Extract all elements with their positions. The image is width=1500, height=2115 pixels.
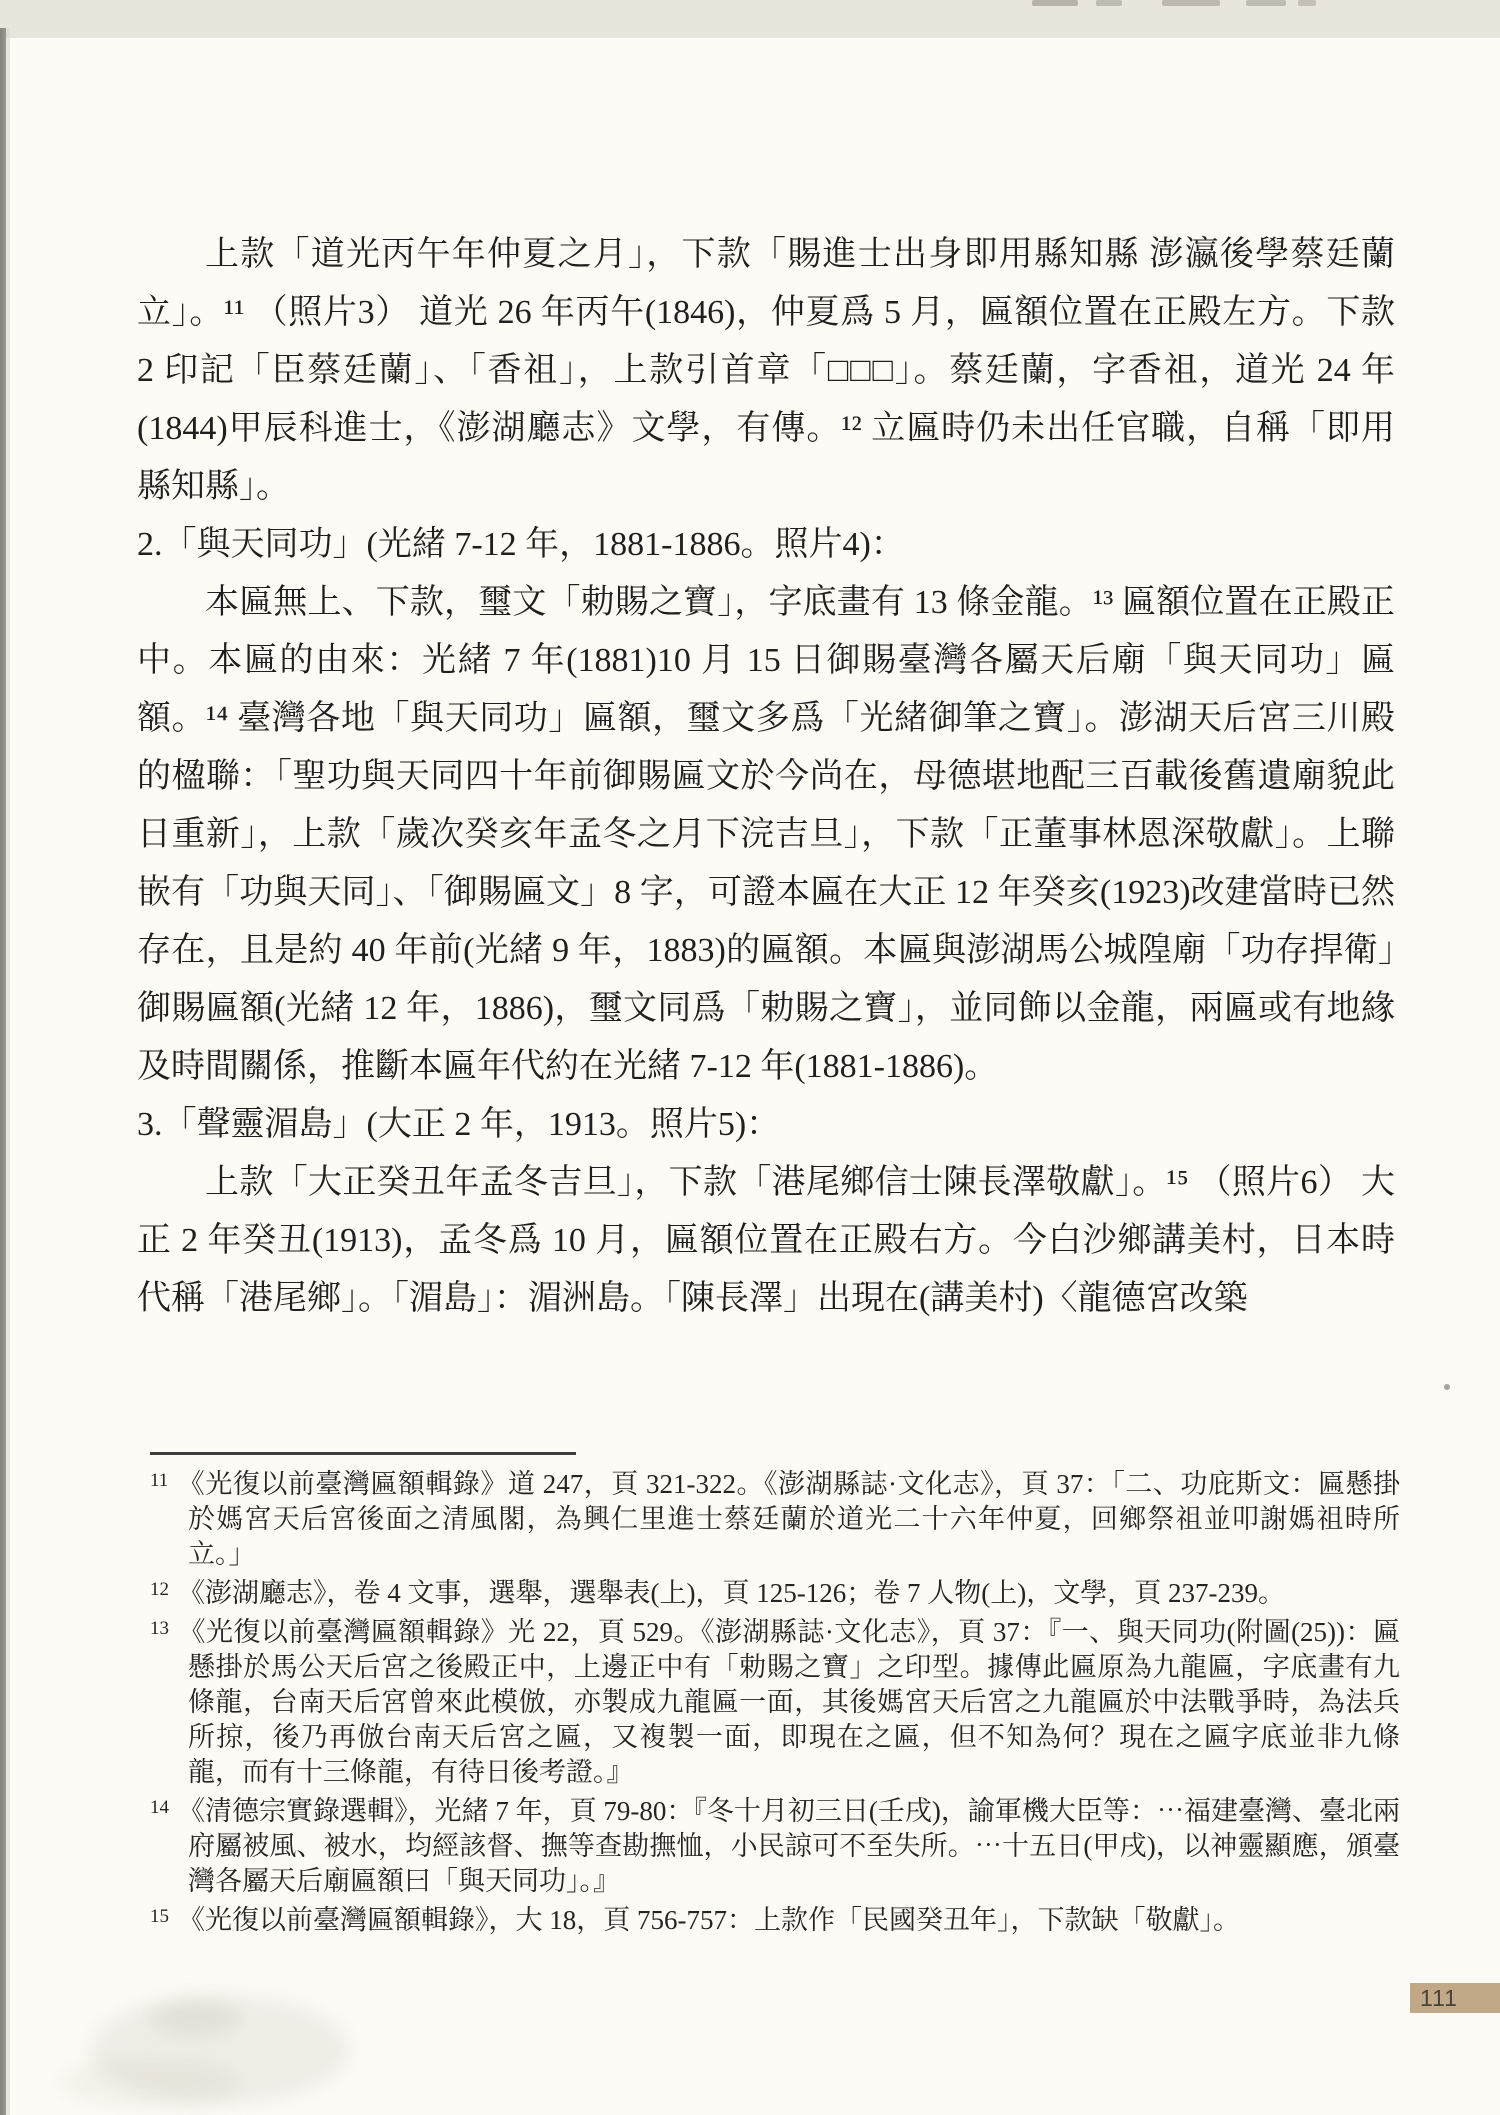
page-number-badge: 111: [1410, 1983, 1500, 2013]
scan-smudge: [150, 2000, 240, 2036]
footnote-marker: 13: [150, 1618, 169, 1639]
footnote-12: 12《澎湖廳志》，卷 4 文事，選舉，選舉表(上)，頁 125-126；卷 7 …: [150, 1572, 1400, 1611]
scan-speck: [1444, 1384, 1450, 1390]
footnote-13: 13《光復以前臺灣匾額輯錄》光 22，頁 529。《澎湖縣誌·文化志》，頁 37…: [150, 1611, 1400, 1790]
footnote-marker: 15: [150, 1906, 169, 1927]
footnote-14: 14《清德宗實錄選輯》，光緒 7 年，頁 79-80：『冬十月初三日(壬戌)，諭…: [150, 1790, 1400, 1899]
paragraph-1: 上款「道光丙午年仲夏之月」，下款「賜進士出身即用縣知縣 澎瀛後學蔡廷蘭立」。¹¹…: [137, 226, 1395, 516]
page-number: 111: [1420, 1985, 1458, 2011]
scan-artifact: [1246, 0, 1286, 6]
paragraph-3: 上款「大正癸丑年孟冬吉旦」，下款「港尾鄉信士陳長澤敬獻」。¹⁵ （照片6） 大正…: [137, 1154, 1395, 1328]
footnote-text: 《光復以前臺灣匾額輯錄》光 22，頁 529。《澎湖縣誌·文化志》，頁 37：『…: [178, 1617, 1400, 1787]
section-heading-2: 2.「與天同功」(光緒 7-12 年，1881-1886。照片4)：: [137, 516, 1395, 574]
footnotes-block: 11《光復以前臺灣匾額輯錄》道 247，頁 321-322。《澎湖縣誌·文化志》…: [150, 1463, 1400, 1938]
footnote-11: 11《光復以前臺灣匾額輯錄》道 247，頁 321-322。《澎湖縣誌·文化志》…: [150, 1463, 1400, 1572]
body-text: 上款「道光丙午年仲夏之月」，下款「賜進士出身即用縣知縣 澎瀛後學蔡廷蘭立」。¹¹…: [137, 226, 1395, 1328]
scan-left-edge-shadow: [6, 28, 10, 2115]
footnote-text: 《光復以前臺灣匾額輯錄》道 247，頁 321-322。《澎湖縣誌·文化志》，頁…: [177, 1469, 1400, 1569]
scan-artifact: [1032, 0, 1078, 6]
scan-artifact: [1298, 0, 1316, 6]
scanned-page: 上款「道光丙午年仲夏之月」，下款「賜進士出身即用縣知縣 澎瀛後學蔡廷蘭立」。¹¹…: [0, 0, 1500, 2115]
footnote-text: 《清德宗實錄選輯》，光緒 7 年，頁 79-80：『冬十月初三日(壬戌)，諭軍機…: [178, 1796, 1400, 1896]
scan-artifact: [1096, 0, 1122, 6]
scan-smudge: [60, 2058, 240, 2108]
footnote-marker: 12: [150, 1579, 169, 1600]
section-heading-3: 3.「聲靈湄島」(大正 2 年，1913。照片5)：: [137, 1096, 1395, 1154]
footnote-text: 《澎湖廳志》，卷 4 文事，選舉，選舉表(上)，頁 125-126；卷 7 人物…: [178, 1578, 1285, 1608]
footnote-15: 15《光復以前臺灣匾額輯錄》，大 18，頁 756-757：上款作「民國癸丑年」…: [150, 1899, 1400, 1938]
footnote-text: 《光復以前臺灣匾額輯錄》，大 18，頁 756-757：上款作「民國癸丑年」，下…: [178, 1905, 1240, 1935]
scan-artifact: [1162, 0, 1220, 6]
footnote-marker: 11: [150, 1470, 168, 1491]
footnote-marker: 14: [150, 1797, 169, 1818]
footnote-separator: [150, 1452, 576, 1455]
paragraph-2: 本匾無上、下款，璽文「勅賜之寶」，字底畫有 13 條金龍。¹³ 匾額位置在正殿正…: [137, 574, 1395, 1096]
